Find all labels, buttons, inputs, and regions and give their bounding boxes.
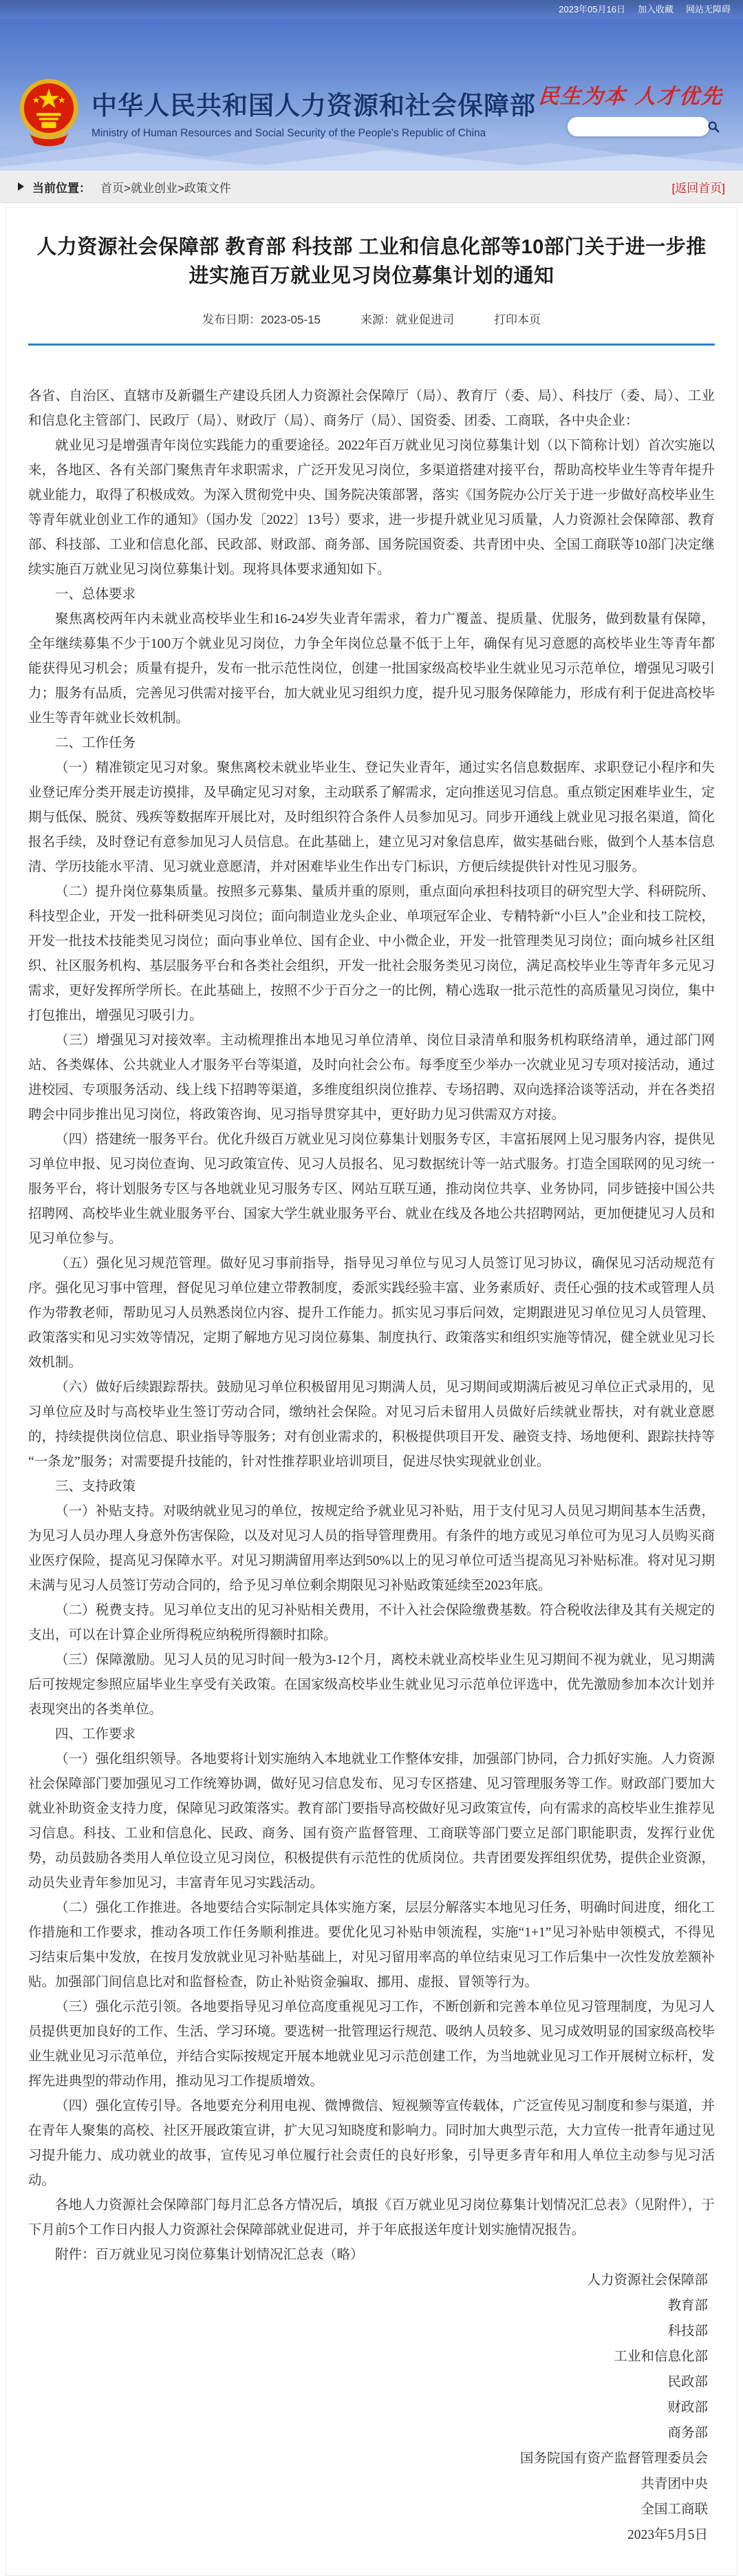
- ministry-name-cn: 中华人民共和国人力资源和社会保障部: [91, 85, 536, 122]
- body-paragraph: （六）做好后续跟踪帮扶。鼓励见习单位积极留用见习期满人员，见习期间或期满后被见习…: [28, 1375, 715, 1475]
- signature-line: 全国工商联: [28, 2497, 708, 2522]
- signature-line: 国务院国有资产监督管理委员会: [28, 2446, 708, 2471]
- body-paragraph: 就业见习是增强青年岗位实践能力的重要途径。2022年百万就业见习岗位募集计划（以…: [28, 434, 715, 582]
- body-paragraph: （一）强化组织领导。各地要将计划实施纳入本地就业工作整体安排，加强部门协同，合力…: [28, 1747, 715, 1896]
- publish-date-label: 发布日期：: [202, 313, 261, 326]
- publish-date-value: 2023-05-15: [261, 313, 321, 326]
- current-date: 2023年05月16日: [559, 0, 625, 19]
- signature-line: 人力资源社会保障部: [28, 2268, 708, 2293]
- search-button[interactable]: [707, 116, 720, 137]
- site-header: 中华人民共和国人力资源和社会保障部 Ministry of Human Reso…: [0, 19, 743, 171]
- body-paragraph: （一）补贴支持。对吸纳就业见习的单位，按规定给予就业见习补贴，用于支付见习人员见…: [28, 1499, 715, 1598]
- signature-line: 教育部: [28, 2293, 708, 2319]
- body-paragraph: （一）精准锁定见习对象。聚焦离校未就业毕业生、登记失业青年，通过实名信息数据库、…: [28, 756, 715, 880]
- body-paragraph: （二）强化工作推进。各地要结合实际制定具体实施方案，层层分解落实本地见习任务，明…: [28, 1896, 715, 1995]
- body-paragraph: 附件：百万就业见习岗位募集计划情况汇总表（略）: [28, 2243, 715, 2268]
- breadcrumb-bar: 当前位置： 首页>就业创业>政策文件 [返回首页]: [0, 171, 743, 203]
- signature-block: 人力资源社会保障部教育部科技部工业和信息化部民政部财政部商务部国务院国有资产监督…: [28, 2268, 715, 2548]
- body-paragraph: （四）强化宣传引导。各地要充分利用电视、微博微信、短视频等宣传载体，广泛宣传见习…: [28, 2094, 715, 2193]
- source-label: 来源：: [360, 313, 396, 326]
- signature-line: 工业和信息化部: [28, 2344, 708, 2369]
- signature-line: 商务部: [28, 2420, 708, 2446]
- article-container: 人力资源社会保障部 教育部 科技部 工业和信息化部等10部门关于进一步推进实施百…: [6, 207, 737, 2576]
- print-page-link[interactable]: 打印本页: [494, 313, 541, 326]
- body-paragraph: 三、支持政策: [28, 1475, 715, 1499]
- source-value: 就业促进司: [396, 313, 454, 326]
- search-icon: [707, 120, 720, 133]
- top-utility-bar: 2023年05月16日 加入收藏 网站无障碍: [0, 0, 743, 19]
- return-home-link[interactable]: [返回首页]: [672, 178, 725, 196]
- document-body: 各省、自治区、直辖市及新疆生产建设兵团人力资源社会保障厅（局）、教育厅（委、局）…: [28, 384, 715, 2268]
- body-paragraph: （三）保障激励。见习人员的见习时间一般为3-12个月，离校未就业高校毕业生见习期…: [28, 1648, 715, 1722]
- document-title: 人力资源社会保障部 教育部 科技部 工业和信息化部等10部门关于进一步推进实施百…: [35, 233, 708, 291]
- body-paragraph: 二、工作任务: [28, 731, 715, 756]
- signature-line: 共青团中央: [28, 2471, 708, 2497]
- signature-line: 民政部: [28, 2369, 708, 2395]
- ministry-name-en: Ministry of Human Resources and Social S…: [91, 127, 536, 140]
- signature-line: 科技部: [28, 2319, 708, 2344]
- signature-line: 2023年5月5日: [28, 2522, 708, 2548]
- body-paragraph: 四、工作要求: [28, 1722, 715, 1747]
- document-meta: 发布日期：2023-05-15来源：就业促进司打印本页: [28, 310, 715, 327]
- slogan-calligraphy: 民生为本 人才优先: [537, 79, 724, 109]
- title-divider: [28, 344, 715, 346]
- body-paragraph: （二）提升岗位募集质量。按照多元募集、量质并重的原则，重点面向承担科技项目的研究…: [28, 880, 715, 1028]
- accessibility-link[interactable]: 网站无障碍: [686, 0, 731, 19]
- body-paragraph: 聚焦离校两年内未就业高校毕业生和16-24岁失业青年需求，着力广覆盖、提质量、优…: [28, 607, 715, 731]
- breadcrumb-label: 当前位置：: [32, 178, 91, 196]
- signature-line: 财政部: [28, 2395, 708, 2420]
- body-paragraph: （四）搭建统一服务平台。优化升级百万就业见习岗位募集计划服务专区，丰富拓展网上见…: [28, 1128, 715, 1252]
- body-paragraph: （三）增强见习对接效率。主动梳理推出本地见习单位清单、岗位目录清单和服务机构联络…: [28, 1028, 715, 1128]
- search-input[interactable]: [568, 121, 707, 132]
- breadcrumb-path[interactable]: 首页>就业创业>政策文件: [100, 178, 231, 196]
- body-paragraph: （二）税费支持。见习单位支出的见习补贴相关费用，不计入社会保险缴费基数。符合税收…: [28, 1598, 715, 1648]
- body-paragraph: （五）强化见习规范管理。做好见习事前指导，指导见习单位与见习人员签订见习协议，确…: [28, 1252, 715, 1375]
- body-paragraph: （三）强化示范引领。各地要指导见习单位高度重视见习工作，不断创新和完善本单位见习…: [28, 1995, 715, 2094]
- add-favorites-link[interactable]: 加入收藏: [638, 0, 674, 19]
- body-paragraph: 各地人力资源社会保障部门每月汇总各方情况后，填报《百万就业见习岗位募集计划情况汇…: [28, 2193, 715, 2243]
- search-box: [567, 116, 710, 137]
- national-emblem: [19, 75, 79, 151]
- body-paragraph: 各省、自治区、直辖市及新疆生产建设兵团人力资源社会保障厅（局）、教育厅（委、局）…: [28, 384, 715, 434]
- breadcrumb-arrow-icon: [18, 182, 24, 191]
- body-paragraph: 一、总体要求: [28, 582, 715, 607]
- ministry-title-block: 中华人民共和国人力资源和社会保障部 Ministry of Human Reso…: [91, 85, 536, 140]
